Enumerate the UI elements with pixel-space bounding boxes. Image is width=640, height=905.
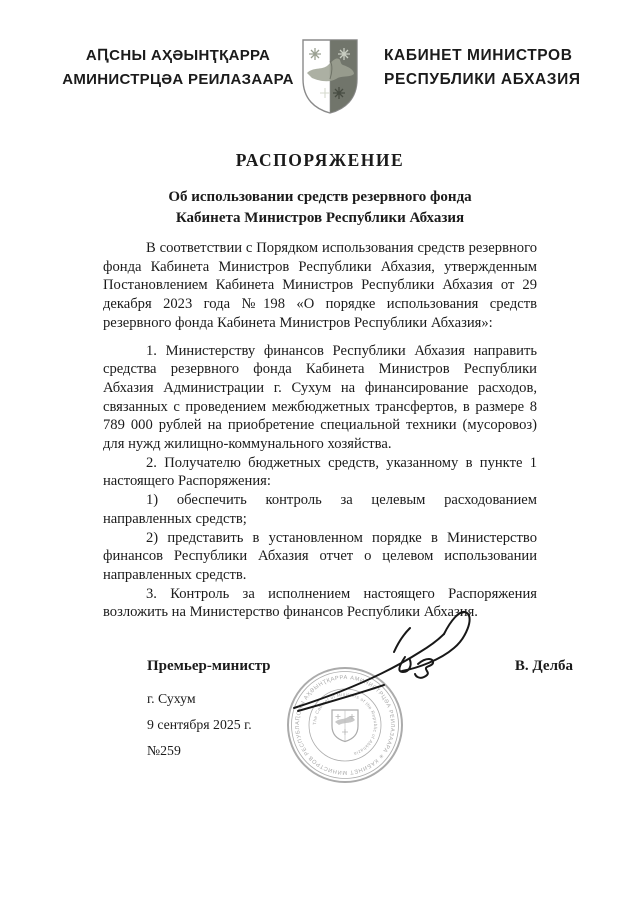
paragraph-item-2: 2. Получателю бюджетных средств, указанн… (103, 454, 537, 491)
document-title: РАСПОРЯЖЕНИЕ (0, 150, 640, 171)
signer-position: Премьер-министр (147, 658, 271, 675)
footer-date: 9 сентября 2025 г. (147, 717, 252, 733)
document-subtitle: Об использовании средств резервного фонд… (0, 187, 640, 228)
org-name-russian-line1: КАБИНЕТ МИНИСТРОВ (384, 44, 572, 68)
signer-name: В. Делба (515, 658, 573, 675)
paragraph-preamble: В соответствии с Порядком использования … (103, 239, 537, 333)
paragraph-item-2-sub-2: 2) представить в установленном порядке в… (103, 529, 537, 585)
footer-city: г. Сухум (147, 691, 252, 707)
org-name-russian: КАБИНЕТ МИНИСТРОВ РЕСПУБЛИКИ АБХАЗИЯ (384, 44, 572, 92)
document-body: В соответствии с Порядком использования … (103, 239, 537, 622)
handwritten-signature (288, 600, 476, 714)
paragraph-spacer (103, 333, 537, 342)
document-subtitle-line2: Кабинета Министров Республики Абхазия (0, 208, 640, 229)
document-page: АԤСНЫ АҲӘЫНҬҚАРРА АМИНИСТРЦӘА РЕИЛАЗААРА (0, 0, 640, 905)
org-name-abkhazian-line1: АԤСНЫ АҲӘЫНҬҚАРРА (57, 44, 299, 68)
paragraph-item-1: 1. Министерству финансов Республики Абха… (103, 342, 537, 454)
org-name-abkhazian: АԤСНЫ АҲӘЫНҬҚАРРА АМИНИСТРЦӘА РЕИЛАЗААРА (57, 44, 299, 92)
org-name-abkhazian-line2: АМИНИСТРЦӘА РЕИЛАЗААРА (57, 68, 299, 92)
coat-of-arms-icon (299, 37, 361, 115)
org-name-russian-line2: РЕСПУБЛИКИ АБХАЗИЯ (384, 68, 572, 92)
document-subtitle-line1: Об использовании средств резервного фонд… (0, 187, 640, 208)
paragraph-item-2-sub-1: 1) обеспечить контроль за целевым расход… (103, 491, 537, 528)
document-footer: г. Сухум 9 сентября 2025 г. №259 (147, 691, 252, 769)
footer-number: №259 (147, 743, 252, 759)
